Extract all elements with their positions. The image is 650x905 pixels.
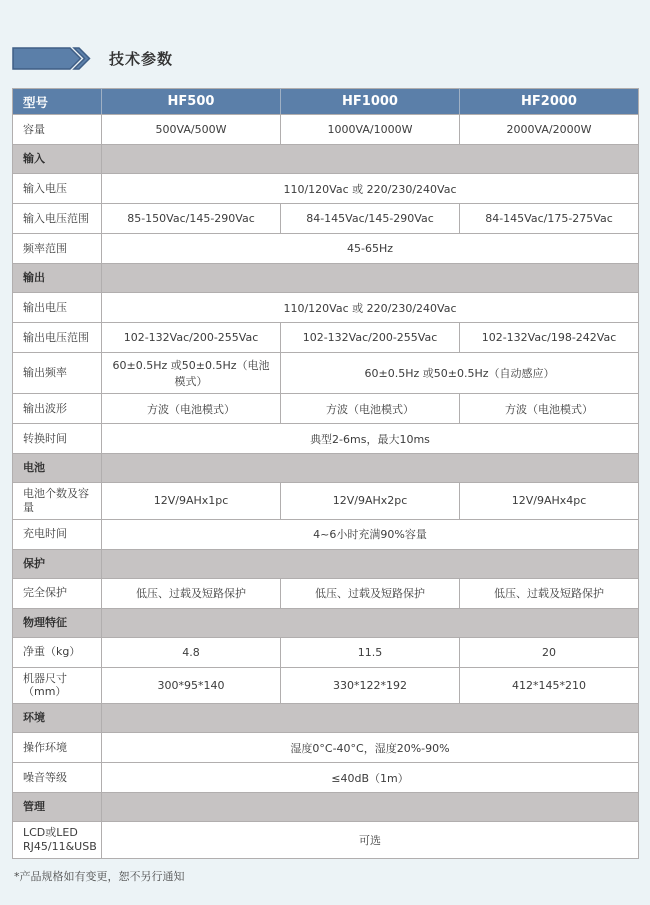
row-label: 保护 xyxy=(13,549,102,578)
row-label: 频率范围 xyxy=(13,234,102,264)
cell-value: 低压、过载及短路保护 xyxy=(102,578,281,608)
cell-value: 低压、过载及短路保护 xyxy=(281,578,460,608)
section-row: 输出 xyxy=(13,264,639,293)
page-title: 技术参数 xyxy=(109,48,173,69)
spec-table: 型号 HF500 HF1000 HF2000 容量500VA/500W1000V… xyxy=(12,88,639,859)
col-header-hf2000: HF2000 xyxy=(460,89,639,115)
row-label: 输出波形 xyxy=(13,394,102,424)
table-row: 转换时间典型2-6ms，最大10ms xyxy=(13,424,639,454)
cell-value: 412*145*210 xyxy=(460,667,639,704)
cell-value: 12V/9AHx4pc xyxy=(460,483,639,520)
cell-value: 60±0.5Hz 或50±0.5Hz（电池模式） xyxy=(102,353,281,394)
cell-value: 102-132Vac/200-255Vac xyxy=(281,323,460,353)
table-row: 噪音等级≤40dB（1m） xyxy=(13,763,639,793)
row-label: 输出电压 xyxy=(13,293,102,323)
cell-value: 102-132Vac/198-242Vac xyxy=(460,323,639,353)
cell-value: 84-145Vac/175-275Vac xyxy=(460,204,639,234)
table-row: 充电时间4~6小时充满90%容量 xyxy=(13,519,639,549)
section-row: 保护 xyxy=(13,549,639,578)
cell-value: 4~6小时充满90%容量 xyxy=(102,519,639,549)
table-row: 输入电压范围85-150Vac/145-290Vac84-145Vac/145-… xyxy=(13,204,639,234)
row-label: 噪音等级 xyxy=(13,763,102,793)
table-row: 输出频率60±0.5Hz 或50±0.5Hz（电池模式）60±0.5Hz 或50… xyxy=(13,353,639,394)
table-row: 输出电压范围102-132Vac/200-255Vac102-132Vac/20… xyxy=(13,323,639,353)
cell-value: 4.8 xyxy=(102,637,281,667)
section-row: 输入 xyxy=(13,145,639,174)
cell-value: 20 xyxy=(460,637,639,667)
cell-value: 330*122*192 xyxy=(281,667,460,704)
section-filler xyxy=(102,549,639,578)
row-label: 充电时间 xyxy=(13,519,102,549)
row-label: 输入电压 xyxy=(13,174,102,204)
row-label: 输出频率 xyxy=(13,353,102,394)
col-header-model: 型号 xyxy=(13,89,102,115)
cell-value: ≤40dB（1m） xyxy=(102,763,639,793)
cell-value: 60±0.5Hz 或50±0.5Hz（自动感应） xyxy=(281,353,639,394)
cell-value: 11.5 xyxy=(281,637,460,667)
title-arrow-icon xyxy=(12,47,96,70)
table-row: 操作环境湿度0°C-40°C，湿度20%-90% xyxy=(13,733,639,763)
row-label: 容量 xyxy=(13,115,102,145)
cell-value: 低压、过载及短路保护 xyxy=(460,578,639,608)
cell-value: 45-65Hz xyxy=(102,234,639,264)
table-row: LCD或LED RJ45/11&USB可选 xyxy=(13,822,639,859)
table-row: 机器尺寸（mm）300*95*140330*122*192412*145*210 xyxy=(13,667,639,704)
cell-value: 2000VA/2000W xyxy=(460,115,639,145)
table-row: 净重（kg）4.811.520 xyxy=(13,637,639,667)
cell-value: 典型2-6ms，最大10ms xyxy=(102,424,639,454)
row-label: 操作环境 xyxy=(13,733,102,763)
table-header-row: 型号 HF500 HF1000 HF2000 xyxy=(13,89,639,115)
cell-value: 湿度0°C-40°C，湿度20%-90% xyxy=(102,733,639,763)
section-row: 物理特征 xyxy=(13,608,639,637)
cell-value: 300*95*140 xyxy=(102,667,281,704)
table-row: 完全保护低压、过载及短路保护低压、过载及短路保护低压、过载及短路保护 xyxy=(13,578,639,608)
row-label: 输入电压范围 xyxy=(13,204,102,234)
row-label: LCD或LED RJ45/11&USB xyxy=(13,822,102,859)
col-header-hf1000: HF1000 xyxy=(281,89,460,115)
table-row: 容量500VA/500W1000VA/1000W2000VA/2000W xyxy=(13,115,639,145)
cell-value: 85-150Vac/145-290Vac xyxy=(102,204,281,234)
table-row: 输出波形方波（电池模式）方波（电池模式）方波（电池模式） xyxy=(13,394,639,424)
cell-value: 84-145Vac/145-290Vac xyxy=(281,204,460,234)
row-label: 完全保护 xyxy=(13,578,102,608)
cell-value: 12V/9AHx1pc xyxy=(102,483,281,520)
section-filler xyxy=(102,145,639,174)
cell-value: 12V/9AHx2pc xyxy=(281,483,460,520)
section-row: 管理 xyxy=(13,793,639,822)
cell-value: 方波（电池模式） xyxy=(460,394,639,424)
spec-table-body: 容量500VA/500W1000VA/1000W2000VA/2000W输入输入… xyxy=(13,115,639,859)
row-label: 管理 xyxy=(13,793,102,822)
section-filler xyxy=(102,264,639,293)
cell-value: 1000VA/1000W xyxy=(281,115,460,145)
row-label: 转换时间 xyxy=(13,424,102,454)
row-label: 电池个数及容量 xyxy=(13,483,102,520)
table-row: 电池个数及容量12V/9AHx1pc12V/9AHx2pc12V/9AHx4pc xyxy=(13,483,639,520)
row-label: 输入 xyxy=(13,145,102,174)
cell-value: 方波（电池模式） xyxy=(102,394,281,424)
cell-value: 110/120Vac 或 220/230/240Vac xyxy=(102,293,639,323)
table-row: 输入电压110/120Vac 或 220/230/240Vac xyxy=(13,174,639,204)
section-row: 电池 xyxy=(13,454,639,483)
col-header-hf500: HF500 xyxy=(102,89,281,115)
table-row: 频率范围45-65Hz xyxy=(13,234,639,264)
row-label: 电池 xyxy=(13,454,102,483)
section-row: 环境 xyxy=(13,704,639,733)
footnote: *产品规格如有变更，恕不另行通知 xyxy=(14,868,638,884)
table-row: 输出电压110/120Vac 或 220/230/240Vac xyxy=(13,293,639,323)
cell-value: 102-132Vac/200-255Vac xyxy=(102,323,281,353)
row-label: 输出 xyxy=(13,264,102,293)
section-title: 技术参数 xyxy=(12,47,638,70)
section-filler xyxy=(102,793,639,822)
cell-value: 方波（电池模式） xyxy=(281,394,460,424)
section-filler xyxy=(102,704,639,733)
cell-value: 500VA/500W xyxy=(102,115,281,145)
row-label: 输出电压范围 xyxy=(13,323,102,353)
cell-value: 110/120Vac 或 220/230/240Vac xyxy=(102,174,639,204)
row-label: 物理特征 xyxy=(13,608,102,637)
section-filler xyxy=(102,608,639,637)
section-filler xyxy=(102,454,639,483)
row-label: 净重（kg） xyxy=(13,637,102,667)
row-label: 机器尺寸（mm） xyxy=(13,667,102,704)
row-label: 环境 xyxy=(13,704,102,733)
cell-value: 可选 xyxy=(102,822,639,859)
